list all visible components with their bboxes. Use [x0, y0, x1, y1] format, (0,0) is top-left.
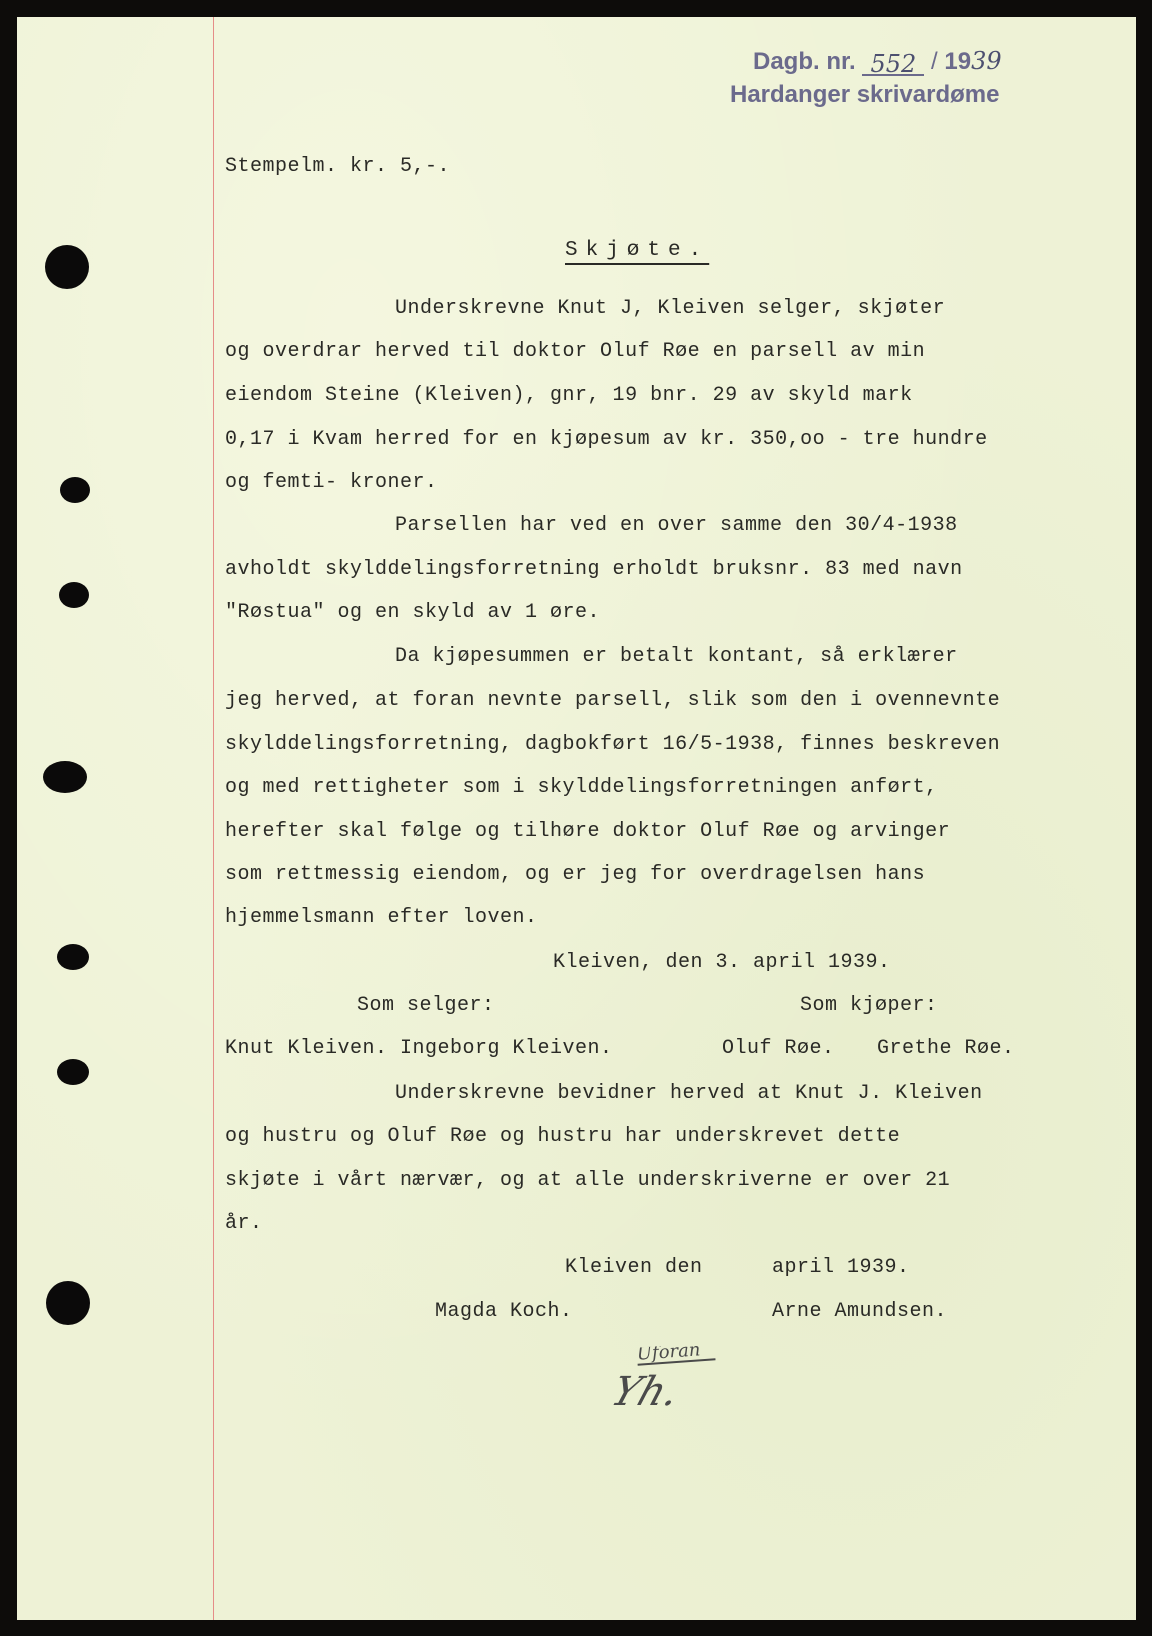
body-line: som rettmessig eiendom, og er jeg for ov… [225, 863, 925, 886]
body-line: eiendom Steine (Kleiven), gnr, 19 bnr. 2… [225, 384, 913, 407]
buyer-signature-2: Grethe Røe. [877, 1037, 1015, 1060]
buyer-label: Som kjøper: [800, 994, 938, 1017]
office-stamp: Hardanger skrivardøme [730, 81, 999, 109]
seller-label: Som selger: [357, 994, 495, 1017]
punch-hole [45, 245, 89, 289]
witness-date: april 1939. [772, 1256, 910, 1279]
witness-line: Underskrevne bevidner herved at Knut J. … [395, 1082, 983, 1105]
buyer-signature-1: Oluf Røe. [722, 1037, 835, 1060]
body-line: og overdrar herved til doktor Oluf Røe e… [225, 340, 925, 363]
body-line: "Røstua" og en skyld av 1 øre. [225, 601, 600, 624]
punch-hole [57, 1059, 89, 1085]
punch-hole [43, 761, 87, 793]
slash: / [931, 48, 938, 75]
diary-number-stamp: Dagb. nr. 552 / 1939 [753, 47, 1002, 76]
document-page: Dagb. nr. 552 / 1939 Hardanger skrivardø… [17, 17, 1136, 1620]
document-title: Skjøte. [565, 239, 709, 262]
diary-number-label: Dagb. nr. [753, 48, 856, 75]
witness-line: og hustru og Oluf Røe og hustru har unde… [225, 1125, 900, 1148]
initials-bottom: Yh. [606, 1369, 686, 1415]
punch-hole [46, 1281, 90, 1325]
body-line: Da kjøpesummen er betalt kontant, så erk… [395, 645, 958, 668]
witness-line: år. [225, 1212, 263, 1235]
place-date: Kleiven, den 3. april 1939. [553, 951, 891, 974]
punch-hole [59, 582, 89, 608]
stamp-fee: Stempelm. kr. 5,-. [225, 155, 450, 178]
body-line: og med rettigheter som i skylddelingsfor… [225, 776, 938, 799]
body-line: hjemmelsmann efter loven. [225, 906, 538, 929]
body-line: avholdt skylddelingsforretning erholdt b… [225, 558, 963, 581]
year-handwritten: 39 [971, 47, 1002, 75]
year-printed: 19 [944, 48, 971, 75]
witness-signature-1: Magda Koch. [435, 1300, 573, 1323]
body-line: skylddelingsforretning, dagbokført 16/5-… [225, 733, 1000, 756]
seller-signatures: Knut Kleiven. Ingeborg Kleiven. [225, 1037, 613, 1060]
body-line: og femti- kroner. [225, 471, 438, 494]
witness-line: skjøte i vårt nærvær, og at alle undersk… [225, 1169, 950, 1192]
initials-top: Uforan [636, 1342, 715, 1365]
body-line: Underskrevne Knut J, Kleiven selger, skj… [395, 297, 945, 320]
diary-number-field: 552 [862, 50, 924, 76]
witness-place: Kleiven den [565, 1256, 703, 1279]
body-line: herefter skal følge og tilhøre doktor Ol… [225, 820, 950, 843]
margin-line [213, 17, 214, 1620]
body-line: 0,17 i Kvam herred for en kjøpesum av kr… [225, 428, 988, 451]
punch-hole [60, 477, 90, 503]
body-line: Parsellen har ved en over samme den 30/4… [395, 514, 958, 537]
punch-hole [57, 944, 89, 970]
body-line: jeg herved, at foran nevnte parsell, sli… [225, 689, 1000, 712]
diary-number-handwritten: 552 [870, 50, 916, 78]
witness-signature-2: Arne Amundsen. [772, 1300, 947, 1323]
